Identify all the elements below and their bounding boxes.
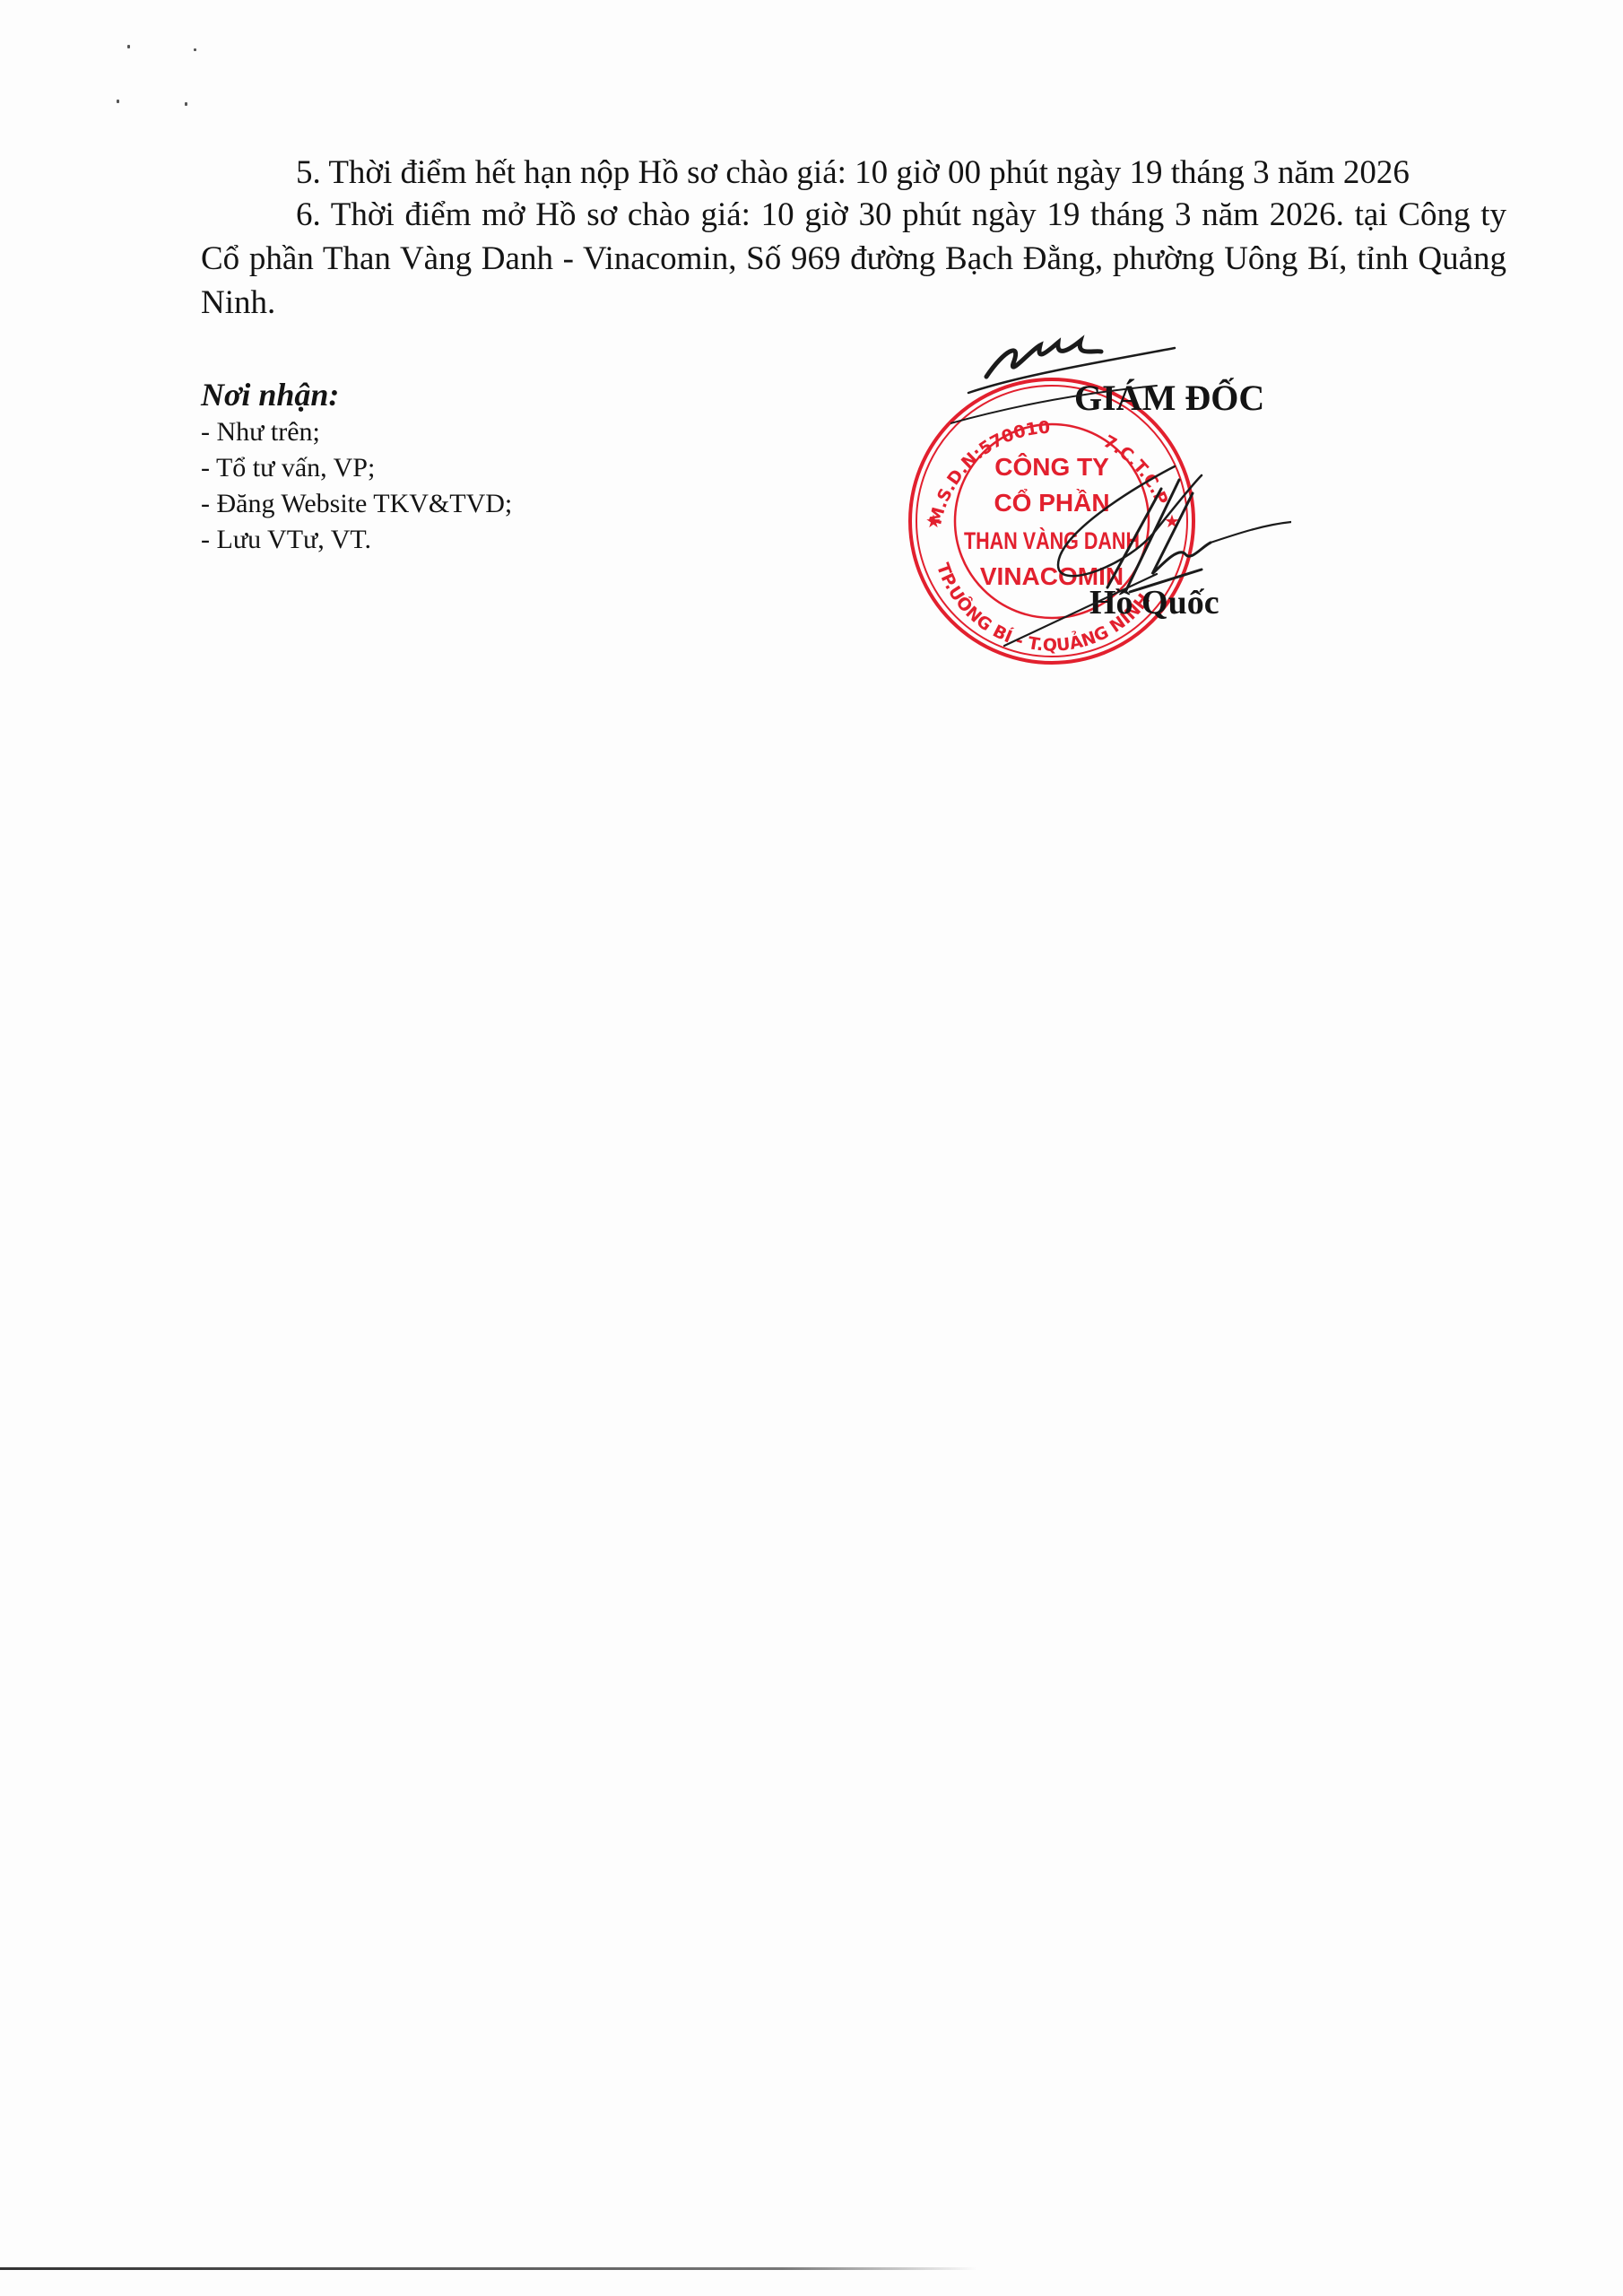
paragraph-opening-text: 6. Thời điểm mở Hồ sơ chào giá: 10 giờ 3…: [201, 196, 1506, 321]
svg-text:★: ★: [925, 510, 942, 532]
recipients-block: Nơi nhận: - Như trên; - Tổ tư vấn, VP; -…: [201, 375, 512, 558]
svg-text:★: ★: [1164, 510, 1180, 532]
scan-artifact: [117, 100, 119, 103]
seal-line: CỔ PHẦN: [994, 489, 1109, 517]
seal-line: CÔNG TY: [994, 452, 1109, 481]
scan-artifact: [194, 48, 196, 51]
paragraph-opening: 6. Thời điểm mở Hồ sơ chào giá: 10 giờ 3…: [201, 193, 1506, 325]
seal-tax-code-end: 7.C.T.C.P: [1100, 431, 1172, 508]
scan-artifact: [127, 45, 130, 48]
seal-line: THAN VÀNG DANH: [964, 526, 1140, 554]
signer-title: GIÁM ĐỐC: [1074, 377, 1264, 419]
recipient-item: - Lưu VTư, VT.: [201, 522, 512, 558]
recipient-item: - Như trên;: [201, 414, 512, 450]
recipient-item: - Tổ tư vấn, VP;: [201, 450, 512, 486]
page-edge-line: [0, 2267, 977, 2270]
scan-artifact: [185, 102, 187, 106]
recipient-item: - Đăng Website TKV&TVD;: [201, 486, 512, 522]
paragraph-deadline: 5. Thời điểm hết hạn nộp Hồ sơ chào giá:…: [201, 151, 1506, 195]
recipients-title: Nơi nhận:: [201, 375, 512, 414]
svg-text:7.C.T.C.P: 7.C.T.C.P: [1100, 431, 1172, 508]
signer-name: Hồ Quốc: [1089, 583, 1219, 622]
paragraph-deadline-text: 5. Thời điểm hết hạn nộp Hồ sơ chào giá:…: [296, 154, 1410, 191]
